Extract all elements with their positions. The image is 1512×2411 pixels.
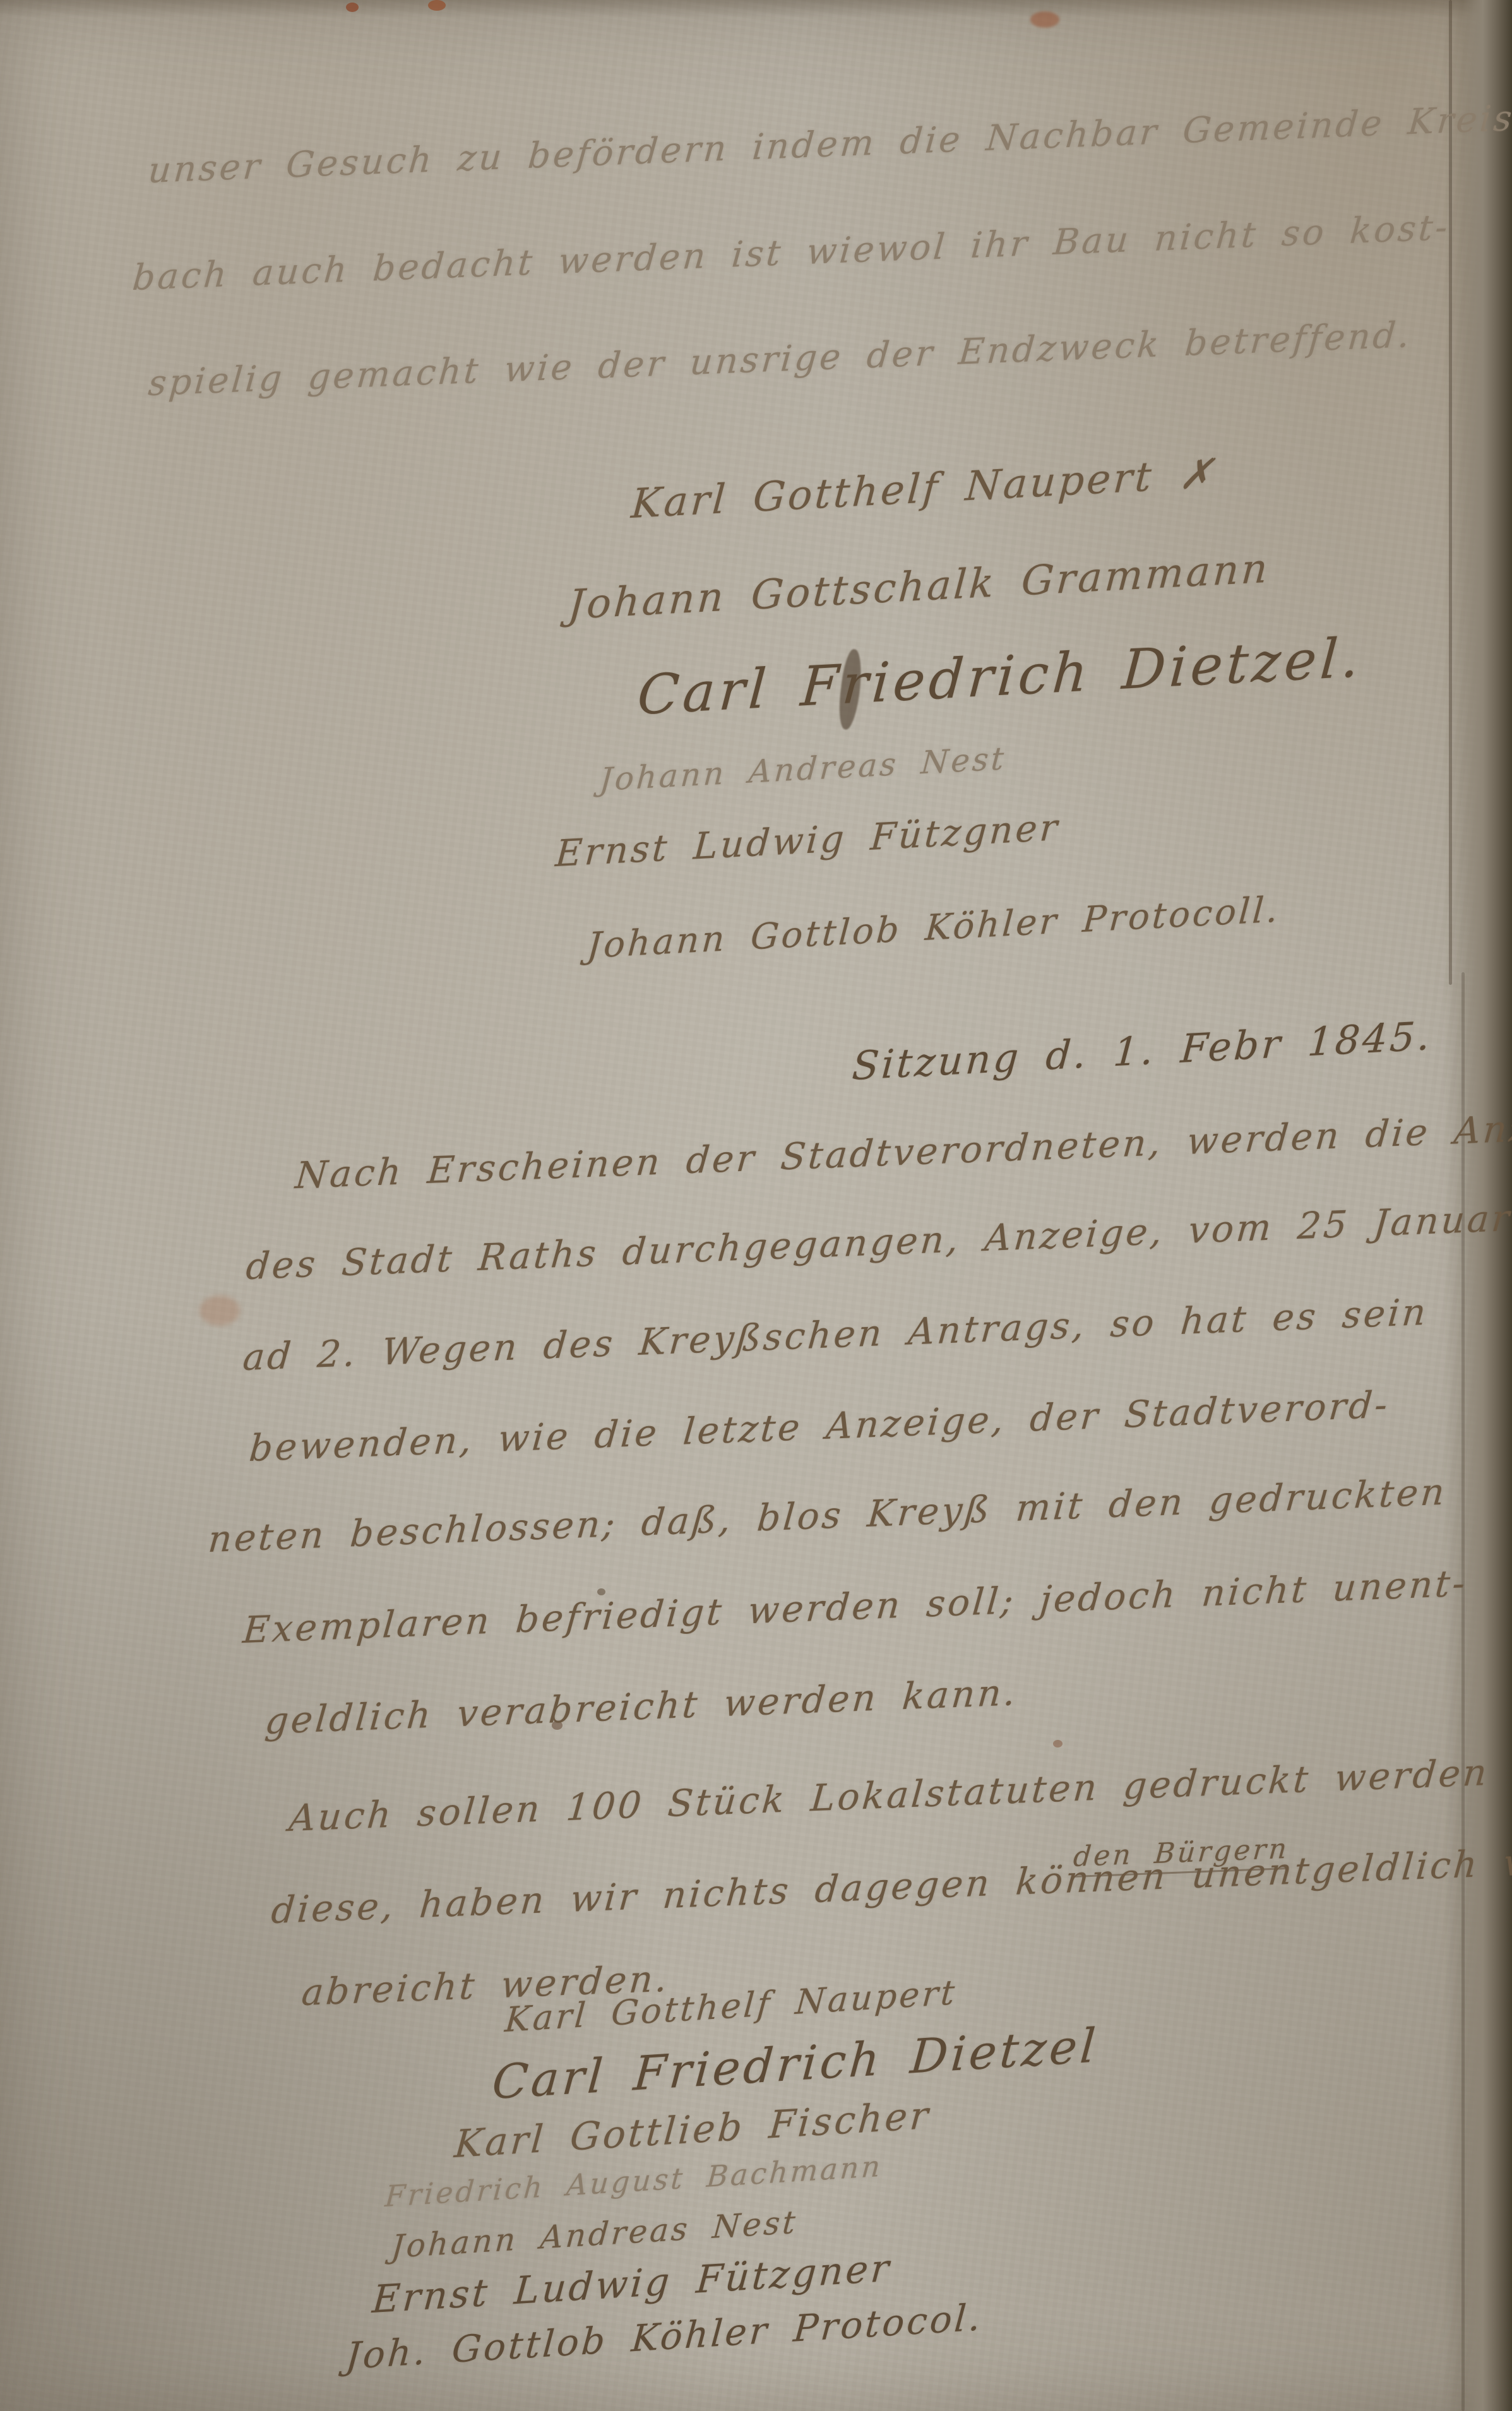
stain-mark <box>428 0 446 11</box>
manuscript-line: spielig gemacht wie der unsrige der Endz… <box>146 314 1414 404</box>
signature-line: Carl Friedrich Dietzel. <box>635 626 1364 728</box>
session-date-heading: Sitzung d. 1. Febr 1845. <box>850 1013 1434 1090</box>
signature-line: Johann Gottschalk Grammann <box>566 545 1271 629</box>
manuscript-line: des Stadt Raths durchgegangen, Anzeige, … <box>244 1193 1512 1288</box>
manuscript-line: diese, haben wir nichts dagegen können u… <box>270 1838 1512 1932</box>
binding-crease-lower <box>1461 972 1465 2411</box>
signature-line: Karl Gotthelf Naupert ✗ <box>629 450 1217 528</box>
binding-crease <box>1449 0 1452 985</box>
manuscript-line: bewenden, wie die letzte Anzeige, der St… <box>247 1383 1391 1470</box>
manuscript-page: unser Gesuch zu befördern indem die Nach… <box>0 0 1512 2411</box>
stain-mark <box>346 3 359 12</box>
signature-line: Johann Andreas Nest <box>598 740 1008 798</box>
signature-line: Ernst Ludwig Fützgner <box>554 806 1061 875</box>
manuscript-line: Auch sollen 100 Stück Lokalstatuten gedr… <box>287 1751 1491 1840</box>
manuscript-line: Nach Erscheinen der Stadtverordneten, we… <box>294 1102 1512 1197</box>
manuscript-line: unser Gesuch zu befördern indem die Nach… <box>146 97 1512 191</box>
manuscript-line: Exemplaren befriedigt werden soll; jedoc… <box>241 1561 1469 1652</box>
stain-mark <box>1053 1740 1063 1747</box>
manuscript-line: neten beschlossen; daß, blos Kreyß mit d… <box>206 1470 1448 1561</box>
manuscript-line: bach auch bedacht werden ist wiewol ihr … <box>131 207 1451 299</box>
stain-mark <box>199 1295 240 1326</box>
manuscript-line: ad 2. Wegen des Kreyßschen Antrags, so h… <box>241 1290 1430 1379</box>
manuscript-line: geldlich verabreicht werden kann. <box>263 1670 1020 1742</box>
stain-mark <box>1030 11 1059 28</box>
signature-line: Johann Gottlob Köhler Protocoll. <box>586 889 1282 967</box>
